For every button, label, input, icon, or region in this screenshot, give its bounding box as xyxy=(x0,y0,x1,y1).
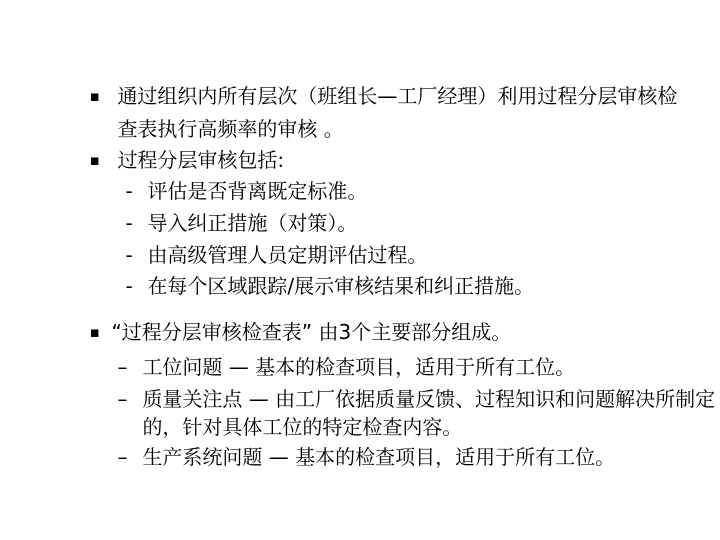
presentation-slide: ▪通过组织内所有层次（班组长—工厂经理）利用过程分层审核检 查表执行高频率的审核… xyxy=(0,0,720,540)
en-dash-marker: – xyxy=(117,445,142,469)
en-dash-sub-item: –生产系统问题 — 基本的检查项目，适用于所有工位。 xyxy=(92,421,615,493)
sub-item-text: 生产系统问题 — 基本的检查项目，适用于所有工位。 xyxy=(142,445,615,469)
sub-item-text: 在每个区域跟踪/展示审核结果和纠正措施。 xyxy=(147,274,534,298)
hyphen-dash-marker: - xyxy=(125,274,147,298)
